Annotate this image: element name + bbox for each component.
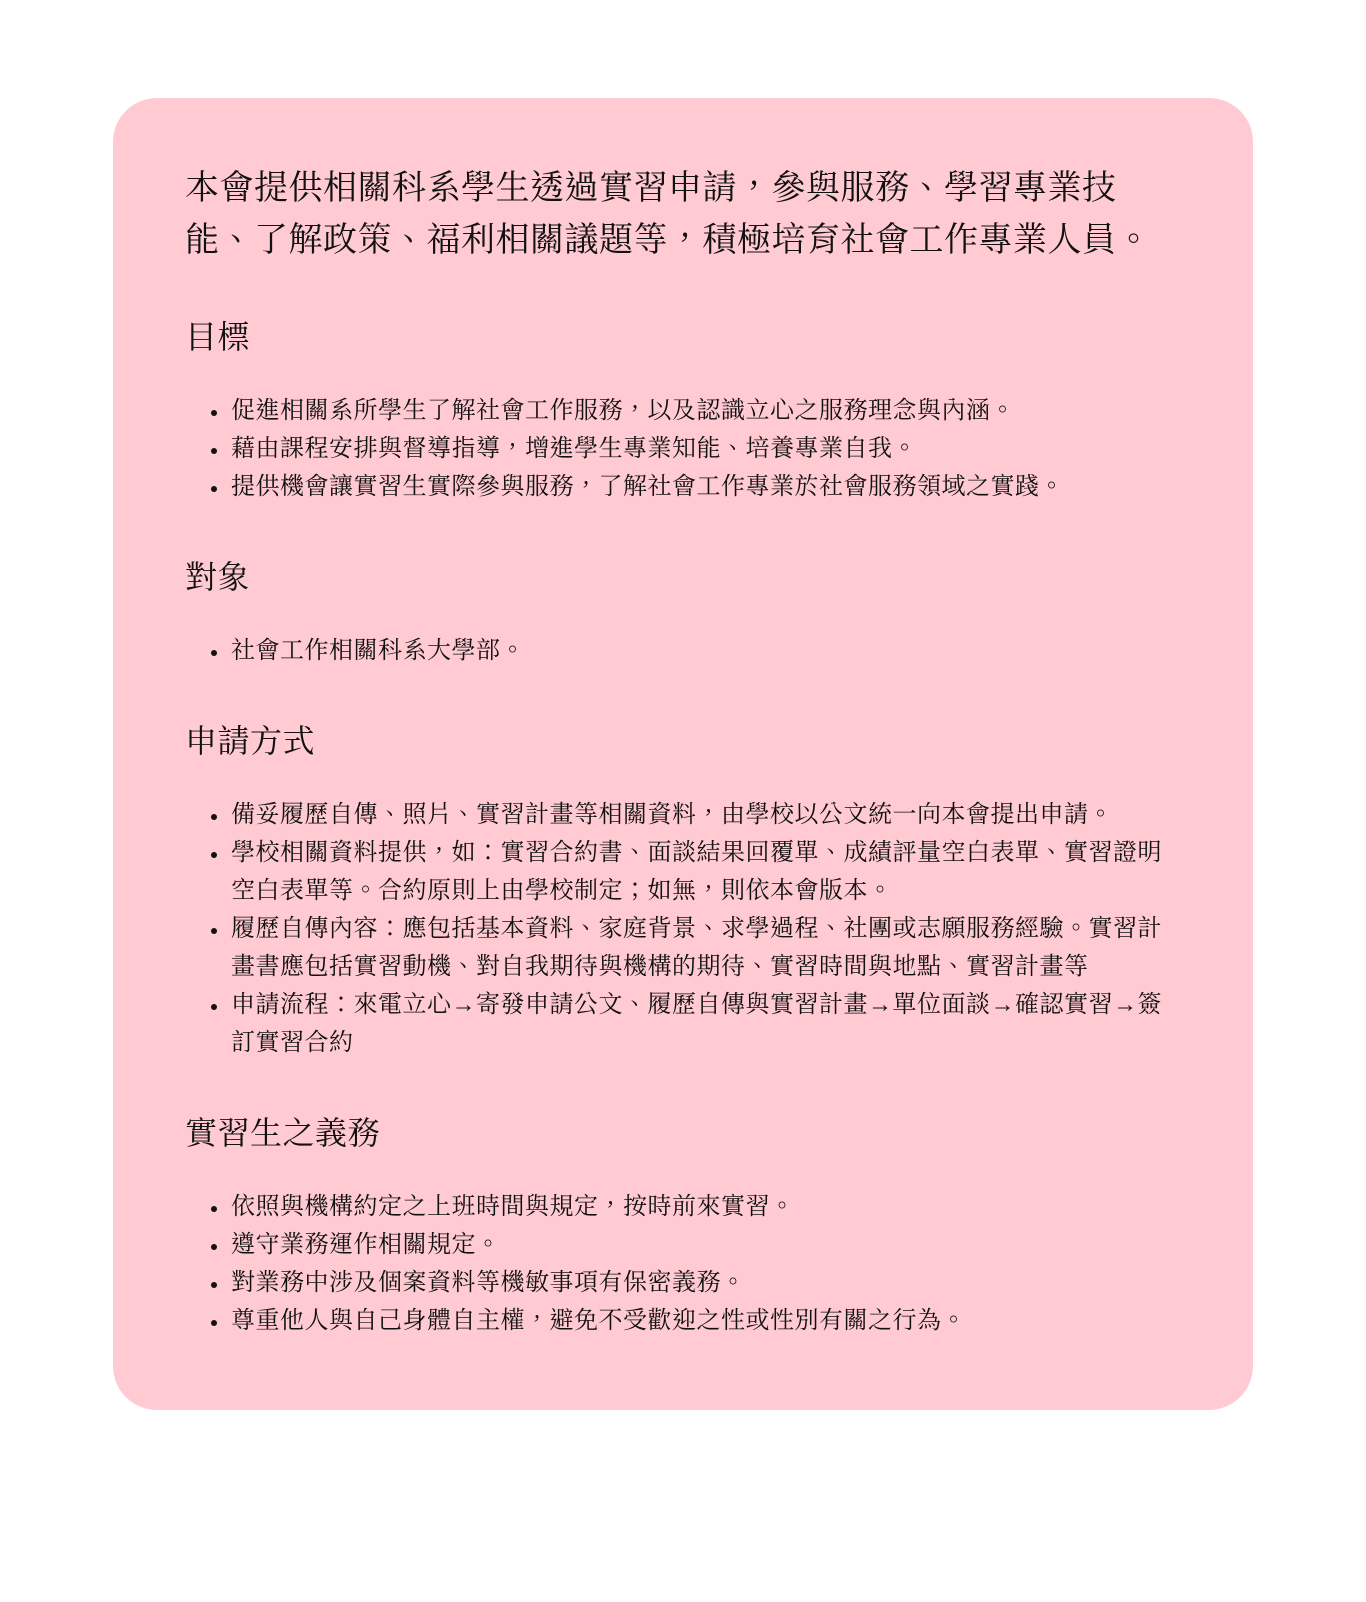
- bullet-list-target-audience: 社會工作相關科系大學部。: [185, 632, 1163, 670]
- bullet-list-intern-obligations: 依照與機構約定之上班時間與規定，按時前來實習。 遵守業務運作相關規定。 對業務中…: [185, 1188, 1163, 1340]
- list-item: 遵守業務運作相關規定。: [229, 1226, 1163, 1264]
- section-application-method: 申請方式 備妥履歷自傳、照片、實習計畫等相關資料，由學校以公文統一向本會提出申請…: [185, 720, 1163, 1062]
- section-heading-application-method: 申請方式: [185, 720, 1163, 762]
- list-item: 提供機會讓實習生實際參與服務，了解社會工作專業於社會服務領域之實踐。: [229, 468, 1163, 506]
- page-background: 本會提供相關科系學生透過實習申請，參與服務、學習專業技能、了解政策、福利相關議題…: [0, 0, 1366, 1602]
- list-item: 依照與機構約定之上班時間與規定，按時前來實習。: [229, 1188, 1163, 1226]
- list-item: 履歷自傳內容：應包括基本資料、家庭背景、求學過程、社團或志願服務經驗。實習計畫書…: [229, 910, 1163, 986]
- list-item: 尊重他人與自己身體自主權，避免不受歡迎之性或性別有關之行為。: [229, 1302, 1163, 1340]
- list-item: 藉由課程安排與督導指導，增進學生專業知能、培養專業自我。: [229, 430, 1163, 468]
- section-intern-obligations: 實習生之義務 依照與機構約定之上班時間與規定，按時前來實習。 遵守業務運作相關規…: [185, 1112, 1163, 1340]
- section-target-audience: 對象 社會工作相關科系大學部。: [185, 556, 1163, 670]
- section-goals: 目標 促進相關系所學生了解社會工作服務，以及認識立心之服務理念與內涵。 藉由課程…: [185, 316, 1163, 506]
- bullet-list-application-method: 備妥履歷自傳、照片、實習計畫等相關資料，由學校以公文統一向本會提出申請。 學校相…: [185, 796, 1163, 1062]
- section-heading-goals: 目標: [185, 316, 1163, 358]
- bullet-list-goals: 促進相關系所學生了解社會工作服務，以及認識立心之服務理念與內涵。 藉由課程安排與…: [185, 392, 1163, 506]
- list-item: 學校相關資料提供，如：實習合約書、面談結果回覆單、成績評量空白表單、實習證明空白…: [229, 834, 1163, 910]
- list-item: 備妥履歷自傳、照片、實習計畫等相關資料，由學校以公文統一向本會提出申請。: [229, 796, 1163, 834]
- section-heading-target-audience: 對象: [185, 556, 1163, 598]
- intro-paragraph: 本會提供相關科系學生透過實習申請，參與服務、學習專業技能、了解政策、福利相關議題…: [185, 162, 1163, 266]
- internship-info-card: 本會提供相關科系學生透過實習申請，參與服務、學習專業技能、了解政策、福利相關議題…: [113, 98, 1253, 1410]
- list-item: 申請流程：來電立心→寄發申請公文、履歷自傳與實習計畫→單位面談→確認實習→簽訂實…: [229, 986, 1163, 1062]
- list-item: 促進相關系所學生了解社會工作服務，以及認識立心之服務理念與內涵。: [229, 392, 1163, 430]
- list-item: 對業務中涉及個案資料等機敏事項有保密義務。: [229, 1264, 1163, 1302]
- section-heading-intern-obligations: 實習生之義務: [185, 1112, 1163, 1154]
- list-item: 社會工作相關科系大學部。: [229, 632, 1163, 670]
